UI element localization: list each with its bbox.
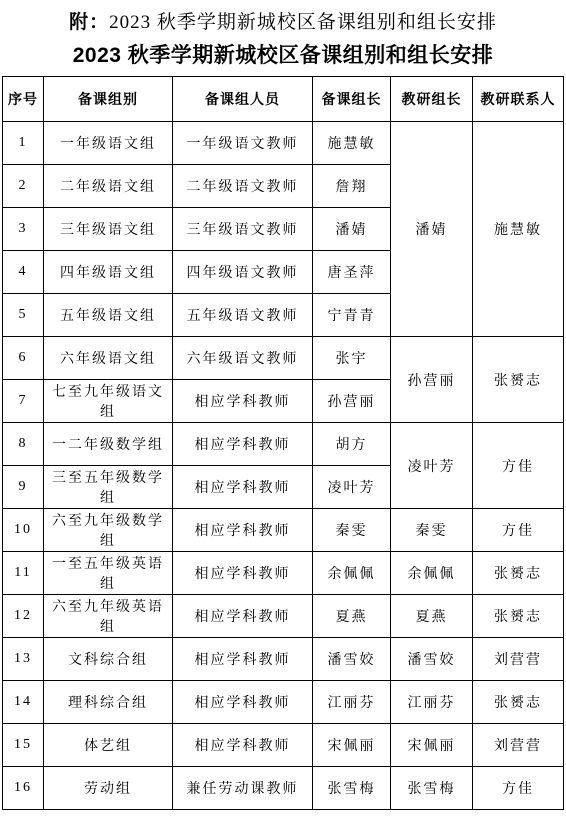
column-header-no: 序号	[3, 77, 44, 122]
cell-group: 二年级语文组	[44, 165, 173, 208]
column-header-group: 备课组别	[44, 77, 173, 122]
cell-research-leader: 凌叶芳	[391, 423, 473, 509]
cell-research-leader: 余佩佩	[391, 552, 473, 595]
cell-group: 劳动组	[44, 767, 173, 810]
cell-members: 兼任劳动课教师	[173, 767, 313, 810]
document-page: 附：2023 秋季学期新城校区备课组别和组长安排 2023 秋季学期新城校区备课…	[0, 0, 566, 836]
cell-research-leader: 宋佩丽	[391, 724, 473, 767]
cell-contact: 施慧敏	[473, 122, 564, 337]
cell-members: 一年级语文教师	[173, 122, 313, 165]
table-row: 1 一年级语文组 一年级语文教师 施慧敏 潘婧 施慧敏	[3, 122, 564, 165]
cell-members: 相应学科教师	[173, 380, 313, 423]
table-title: 2023 秋季学期新城校区备课组别和组长安排	[0, 42, 566, 70]
cell-no: 6	[3, 337, 44, 380]
cell-members: 相应学科教师	[173, 681, 313, 724]
cell-group: 五年级语文组	[44, 294, 173, 337]
cell-contact: 刘营营	[473, 638, 564, 681]
cell-members: 二年级语文教师	[173, 165, 313, 208]
cell-no: 12	[3, 595, 44, 638]
column-header-contact: 教研联系人	[473, 77, 564, 122]
attachment-title-text: 2023 秋季学期新城校区备课组别和组长安排	[109, 12, 497, 33]
column-header-research-leader: 教研组长	[391, 77, 473, 122]
cell-leader: 胡方	[313, 423, 391, 466]
cell-group: 理科综合组	[44, 681, 173, 724]
cell-members: 三年级语文教师	[173, 208, 313, 251]
cell-members: 相应学科教师	[173, 423, 313, 466]
cell-group: 三至五年级数学组	[44, 466, 173, 509]
cell-group: 七至九年级语文组	[44, 380, 173, 423]
cell-no: 15	[3, 724, 44, 767]
cell-research-leader: 张雪梅	[391, 767, 473, 810]
cell-no: 14	[3, 681, 44, 724]
attachment-title-prefix: 附：	[69, 12, 109, 33]
cell-leader: 夏燕	[313, 595, 391, 638]
cell-no: 3	[3, 208, 44, 251]
cell-leader: 施慧敏	[313, 122, 391, 165]
cell-members: 相应学科教师	[173, 466, 313, 509]
cell-contact: 张赟志	[473, 337, 564, 423]
table-row: 13 文科综合组 相应学科教师 潘雪姣 潘雪姣 刘营营	[3, 638, 564, 681]
table-row: 16 劳动组 兼任劳动课教师 张雪梅 张雪梅 方佳	[3, 767, 564, 810]
table-row: 10 六至九年级数学组 相应学科教师 秦雯 秦雯 方佳	[3, 509, 564, 552]
cell-research-leader: 江丽芬	[391, 681, 473, 724]
cell-group: 一二年级数学组	[44, 423, 173, 466]
cell-leader: 江丽芬	[313, 681, 391, 724]
table-row: 15 体艺组 相应学科教师 宋佩丽 宋佩丽 刘营营	[3, 724, 564, 767]
table-row: 8 一二年级数学组 相应学科教师 胡方 凌叶芳 方佳	[3, 423, 564, 466]
cell-group: 一年级语文组	[44, 122, 173, 165]
cell-contact: 方佳	[473, 767, 564, 810]
cell-group: 一至五年级英语组	[44, 552, 173, 595]
cell-research-leader: 夏燕	[391, 595, 473, 638]
cell-group: 体艺组	[44, 724, 173, 767]
cell-contact: 刘营营	[473, 724, 564, 767]
cell-members: 相应学科教师	[173, 638, 313, 681]
cell-no: 5	[3, 294, 44, 337]
schedule-table: 序号 备课组别 备课组人员 备课组长 教研组长 教研联系人 1 一年级语文组 一…	[2, 76, 564, 810]
cell-no: 4	[3, 251, 44, 294]
table-row: 6 六年级语文组 六年级语文教师 张宇 孙营丽 张赟志	[3, 337, 564, 380]
table-row: 12 六至九年级英语组 相应学科教师 夏燕 夏燕 张赟志	[3, 595, 564, 638]
cell-leader: 詹翔	[313, 165, 391, 208]
cell-no: 13	[3, 638, 44, 681]
header-row: 序号 备课组别 备课组人员 备课组长 教研组长 教研联系人	[3, 77, 564, 122]
cell-research-leader: 孙营丽	[391, 337, 473, 423]
table-row: 14 理科综合组 相应学科教师 江丽芬 江丽芬 张赟志	[3, 681, 564, 724]
cell-members: 相应学科教师	[173, 595, 313, 638]
column-header-leader: 备课组长	[313, 77, 391, 122]
cell-no: 16	[3, 767, 44, 810]
cell-no: 2	[3, 165, 44, 208]
cell-no: 1	[3, 122, 44, 165]
cell-no: 9	[3, 466, 44, 509]
cell-leader: 孙营丽	[313, 380, 391, 423]
cell-contact: 方佳	[473, 423, 564, 509]
cell-group: 六至九年级英语组	[44, 595, 173, 638]
cell-leader: 秦雯	[313, 509, 391, 552]
cell-members: 四年级语文教师	[173, 251, 313, 294]
cell-leader: 张宇	[313, 337, 391, 380]
cell-members: 相应学科教师	[173, 552, 313, 595]
cell-contact: 张赟志	[473, 595, 564, 638]
cell-contact: 方佳	[473, 509, 564, 552]
cell-leader: 凌叶芳	[313, 466, 391, 509]
cell-research-leader: 秦雯	[391, 509, 473, 552]
cell-contact: 张赟志	[473, 681, 564, 724]
table-row: 11 一至五年级英语组 相应学科教师 余佩佩 余佩佩 张赟志	[3, 552, 564, 595]
cell-leader: 张雪梅	[313, 767, 391, 810]
cell-group: 文科综合组	[44, 638, 173, 681]
cell-group: 六至九年级数学组	[44, 509, 173, 552]
cell-group: 三年级语文组	[44, 208, 173, 251]
cell-members: 六年级语文教师	[173, 337, 313, 380]
column-header-members: 备课组人员	[173, 77, 313, 122]
cell-no: 8	[3, 423, 44, 466]
attachment-title: 附：2023 秋季学期新城校区备课组别和组长安排	[0, 0, 566, 35]
cell-leader: 潘婧	[313, 208, 391, 251]
cell-no: 10	[3, 509, 44, 552]
cell-leader: 宁青青	[313, 294, 391, 337]
cell-members: 相应学科教师	[173, 509, 313, 552]
cell-no: 11	[3, 552, 44, 595]
cell-no: 7	[3, 380, 44, 423]
cell-leader: 唐圣萍	[313, 251, 391, 294]
cell-group: 六年级语文组	[44, 337, 173, 380]
cell-group: 四年级语文组	[44, 251, 173, 294]
cell-leader: 余佩佩	[313, 552, 391, 595]
cell-research-leader: 潘雪姣	[391, 638, 473, 681]
cell-members: 五年级语文教师	[173, 294, 313, 337]
cell-research-leader: 潘婧	[391, 122, 473, 337]
cell-leader: 潘雪姣	[313, 638, 391, 681]
cell-members: 相应学科教师	[173, 724, 313, 767]
cell-contact: 张赟志	[473, 552, 564, 595]
cell-leader: 宋佩丽	[313, 724, 391, 767]
